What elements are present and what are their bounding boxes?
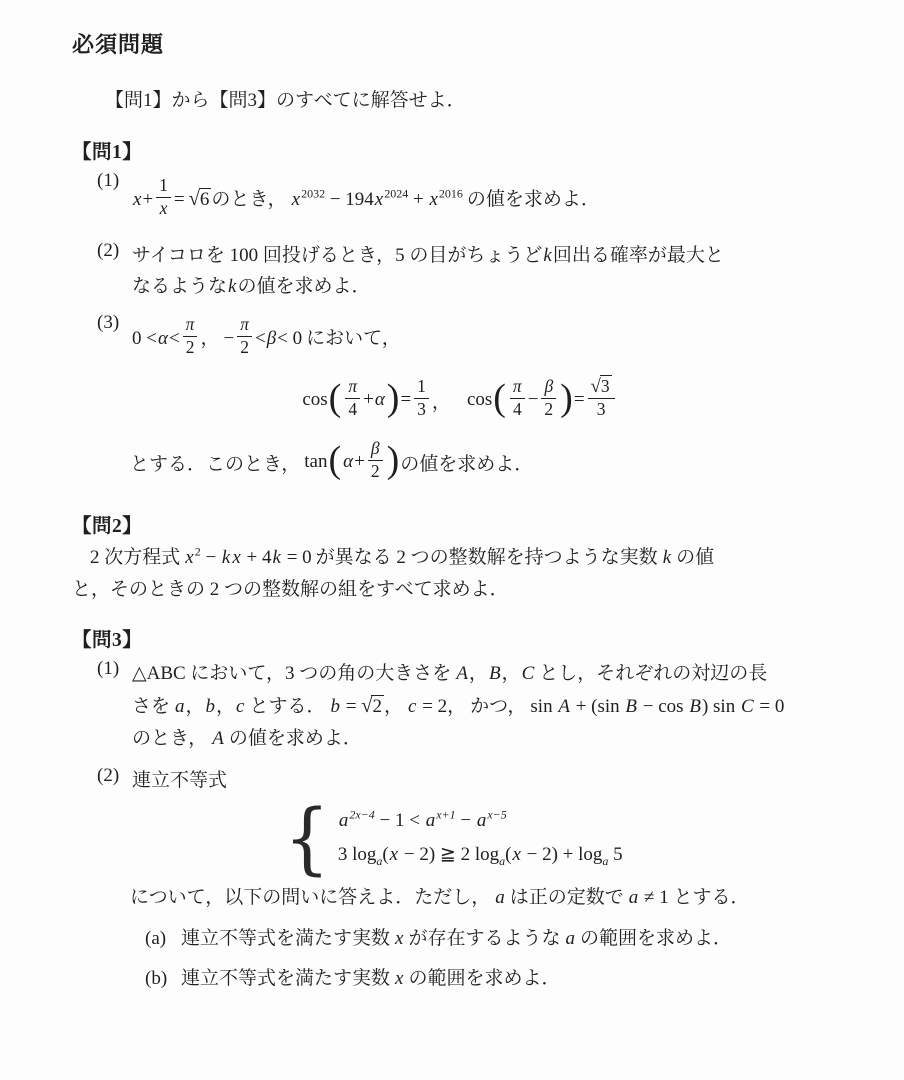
fraction-pi-over-4: π4 — [345, 377, 360, 419]
line-2: なるようなkの値を求めよ． — [132, 271, 836, 302]
q1-item-3-body: 0 < α < π2 ， − π2 < β < 0 において， — [132, 312, 836, 364]
item-label: (3) — [97, 312, 132, 364]
q3-item-2-title: 連立不等式 — [132, 765, 836, 796]
question2-heading: 【問2】 — [72, 510, 836, 538]
subitem-a-text: 連立不等式を満たす実数xが存在するようなaの範囲を求めよ． — [181, 924, 732, 954]
fraction-beta-over-2: β2 — [368, 439, 383, 481]
line-1: △ABC において，3 つの角の大きさをA，B，Cとし，それぞれの対辺の長 — [132, 658, 836, 690]
left-brace: { — [284, 799, 330, 877]
jp-text: の値を求めよ． — [467, 184, 600, 215]
line-1: サイコロを 100 回投げるとき，5 の目がちょうどk回出る確率が最大と — [132, 240, 836, 271]
q3-subitem-a: (a) 連立不等式を満たす実数xが存在するようなaの範囲を求めよ． — [145, 924, 836, 954]
subitem-label: (b) — [145, 964, 181, 994]
q1-item-1: (1) x + 1x = √6 のとき， x2032 − 194x2024 + … — [97, 170, 836, 228]
q3-condition-line: について，以下の問いに答えよ．ただし，aは正の定数でa ≠ 1 とする． — [130, 882, 836, 914]
fraction-1-over-x: 1x — [156, 176, 171, 218]
inequality-2: 3 loga(x − 2) ≧ 2 loga(x − 2) + loga 5 — [338, 838, 623, 872]
inequality-1: a2x−4 − 1 < ax+1 − ax−5 — [338, 804, 623, 838]
q1-item-2: (2) サイコロを 100 回投げるとき，5 の目がちょうどk回出る確率が最大と… — [97, 240, 836, 302]
q3-subitem-b: (b) 連立不等式を満たす実数xの範囲を求めよ． — [145, 964, 836, 994]
math-op: + — [142, 184, 153, 215]
exam-document-page: 必須問題 【問1】から【問3】のすべてに解答せよ． 【問1】 (1) x + 1… — [0, 0, 904, 1080]
q3-item-2: (2) 連立不等式 — [97, 765, 836, 796]
jp-text: とする．このとき， — [130, 449, 300, 476]
fraction-1-over-3: 13 — [414, 377, 429, 419]
q3-item-1-body: △ABC において，3 つの角の大きさをA，B，Cとし，それぞれの対辺の長 さを… — [132, 658, 836, 755]
fraction-pi-over-4: π4 — [510, 377, 525, 419]
q3-item-1: (1) △ABC において，3 つの角の大きさをA，B，Cとし，それぞれの対辺の… — [97, 658, 836, 755]
system-of-inequalities: { a2x−4 − 1 < ax+1 − ax−5 3 loga(x − 2) … — [284, 802, 836, 874]
math-var: x — [132, 184, 142, 215]
subitem-b-text: 連立不等式を満たす実数xの範囲を求めよ． — [181, 964, 560, 994]
q1-item-3: (3) 0 < α < π2 ， − π2 < β < 0 において， — [97, 312, 836, 364]
subitem-label: (a) — [145, 924, 181, 954]
item-label: (1) — [97, 170, 132, 228]
jp-text: のとき， — [211, 184, 286, 215]
item-label: (1) — [97, 658, 132, 755]
item-label: (2) — [97, 240, 132, 302]
fraction-pi-over-2: π2 — [237, 315, 252, 357]
q1-display-equation: cos ( π4 + α ) = 13 ， cos ( π4 − β2 ) = … — [72, 372, 836, 428]
question1-heading: 【問1】 — [72, 136, 836, 164]
math-op: = — [174, 184, 185, 215]
q2-paragraph: 2 次方程式x2 − kx + 4k = 0が異なる 2 つの整数解を持つような… — [72, 542, 836, 606]
fraction-beta-over-2: β2 — [541, 377, 556, 419]
question3-heading: 【問3】 — [72, 624, 836, 652]
fraction-sqrt3-over-3: √33 — [588, 376, 615, 420]
sqrt-2: √2 — [361, 696, 384, 717]
q1-item-2-body: サイコロを 100 回投げるとき，5 の目がちょうどk回出る確率が最大と なるよ… — [132, 240, 836, 302]
jp-text: において， — [306, 323, 401, 354]
exam-instruction: 【問1】から【問3】のすべてに解答せよ． — [105, 85, 836, 112]
line-2: と，そのときの 2 つの整数解の組をすべて求めよ． — [72, 574, 836, 606]
fraction-pi-over-2: π2 — [183, 315, 198, 357]
sqrt-6: √6 — [189, 184, 212, 215]
math-expression: x2032 − 194x2024 + x2016 — [291, 184, 463, 215]
page-title: 必須問題 — [72, 28, 836, 59]
jp-text: の値を求めよ． — [400, 449, 533, 476]
line-2: さをa，b，cとする．b = √2，c = 2，かつ，sin A + (sin … — [132, 690, 836, 723]
q1-item-1-body: x + 1x = √6 のとき， x2032 − 194x2024 + x201… — [132, 170, 836, 228]
line-1: 2 次方程式x2 − kx + 4k = 0が異なる 2 つの整数解を持つような… — [72, 542, 836, 574]
q1-tan-line: とする．このとき， tan ( α + β2 ) の値を求めよ． — [130, 436, 836, 488]
item-label: (2) — [97, 765, 132, 796]
system-lines: a2x−4 − 1 < ax+1 − ax−5 3 loga(x − 2) ≧ … — [338, 804, 623, 872]
line-3: のとき，Aの値を求めよ． — [132, 723, 836, 755]
